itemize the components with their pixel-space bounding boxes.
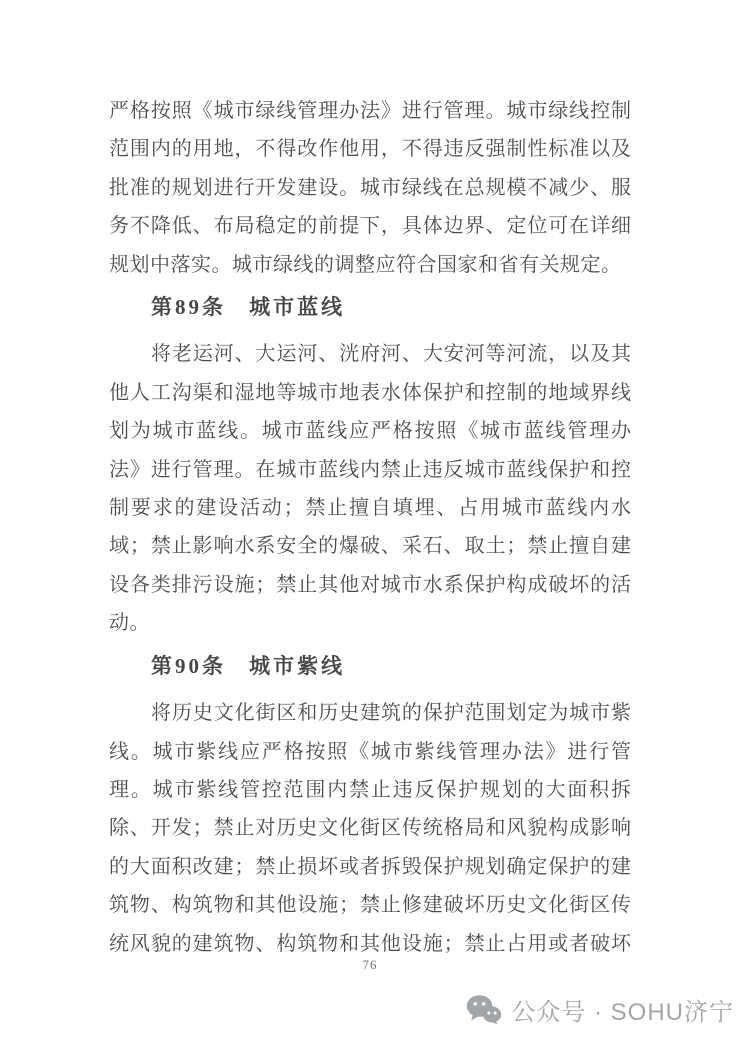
text-line: 务不降低、布局稳定的前提下，具体边界、定位可在详细: [109, 207, 631, 245]
heading-title: 城市紫线: [249, 654, 345, 678]
text-line: 批准的规划进行开发建设。城市绿线在总规模不减少、服: [109, 169, 631, 207]
text-line: 制要求的建设活动；禁止擅自填埋、占用城市蓝线内水: [109, 489, 631, 527]
heading-number: 第90条: [151, 654, 226, 678]
text-line: 范围内的用地，不得改作他用，不得违反强制性标准以及: [109, 130, 631, 168]
text-line: 线。城市紫线应严格按照《城市紫线管理办法》进行管: [109, 733, 631, 771]
heading-number: 第89条: [151, 295, 226, 319]
text-line: 严格按照《城市绿线管理办法》进行管理。城市绿线控制: [109, 92, 631, 130]
text-line: 法》进行管理。在城市蓝线内禁止违反城市蓝线保护和控: [109, 451, 631, 489]
text-line: 将老运河、大运河、洸府河、大安河等河流，以及其: [109, 335, 631, 373]
text-line: 除、开发；禁止对历史文化街区传统格局和风貌构成影响: [109, 809, 631, 847]
text-line: 域；禁止影响水系安全的爆破、采石、取土；禁止擅自建: [109, 527, 631, 565]
article-heading: 第90条 城市紫线: [109, 647, 631, 685]
document-page: 严格按照《城市绿线管理办法》进行管理。城市绿线控制范围内的用地，不得改作他用，不…: [0, 0, 740, 1047]
wechat-icon: [466, 994, 502, 1025]
page-number: 76: [0, 957, 740, 973]
text-line: 将历史文化街区和历史建筑的保护范围划定为城市紫: [109, 694, 631, 732]
paragraph: 严格按照《城市绿线管理办法》进行管理。城市绿线控制范围内的用地，不得改作他用，不…: [109, 92, 631, 284]
text-line: 动。: [109, 604, 631, 642]
text-line: 他人工沟渠和湿地等城市地表水体保护和控制的地域界线: [109, 374, 631, 412]
document-body: 严格按照《城市绿线管理办法》进行管理。城市绿线控制范围内的用地，不得改作他用，不…: [109, 92, 631, 963]
watermark-text: 公众号 · SOHU济宁: [511, 992, 734, 1027]
paragraph: 将历史文化街区和历史建筑的保护范围划定为城市紫线。城市紫线应严格按照《城市紫线管…: [109, 694, 631, 963]
text-line: 筑物、构筑物和其他设施；禁止修建破坏历史文化街区传: [109, 886, 631, 924]
text-line: 理。城市紫线管控范围内禁止违反保护规划的大面积拆: [109, 771, 631, 809]
text-line: 的大面积改建；禁止损坏或者拆毁保护规划确定保护的建: [109, 848, 631, 886]
text-line: 设各类排污设施；禁止其他对城市水系保护构成破坏的活: [109, 566, 631, 604]
paragraph: 将老运河、大运河、洸府河、大安河等河流，以及其他人工沟渠和湿地等城市地表水体保护…: [109, 335, 631, 642]
text-line: 划为城市蓝线。城市蓝线应严格按照《城市蓝线管理办: [109, 412, 631, 450]
text-line: 规划中落实。城市绿线的调整应符合国家和省有关规定。: [109, 246, 631, 284]
heading-title: 城市蓝线: [249, 295, 345, 319]
article-heading: 第89条 城市蓝线: [109, 288, 631, 326]
watermark: 公众号 · SOHU济宁: [466, 992, 734, 1027]
